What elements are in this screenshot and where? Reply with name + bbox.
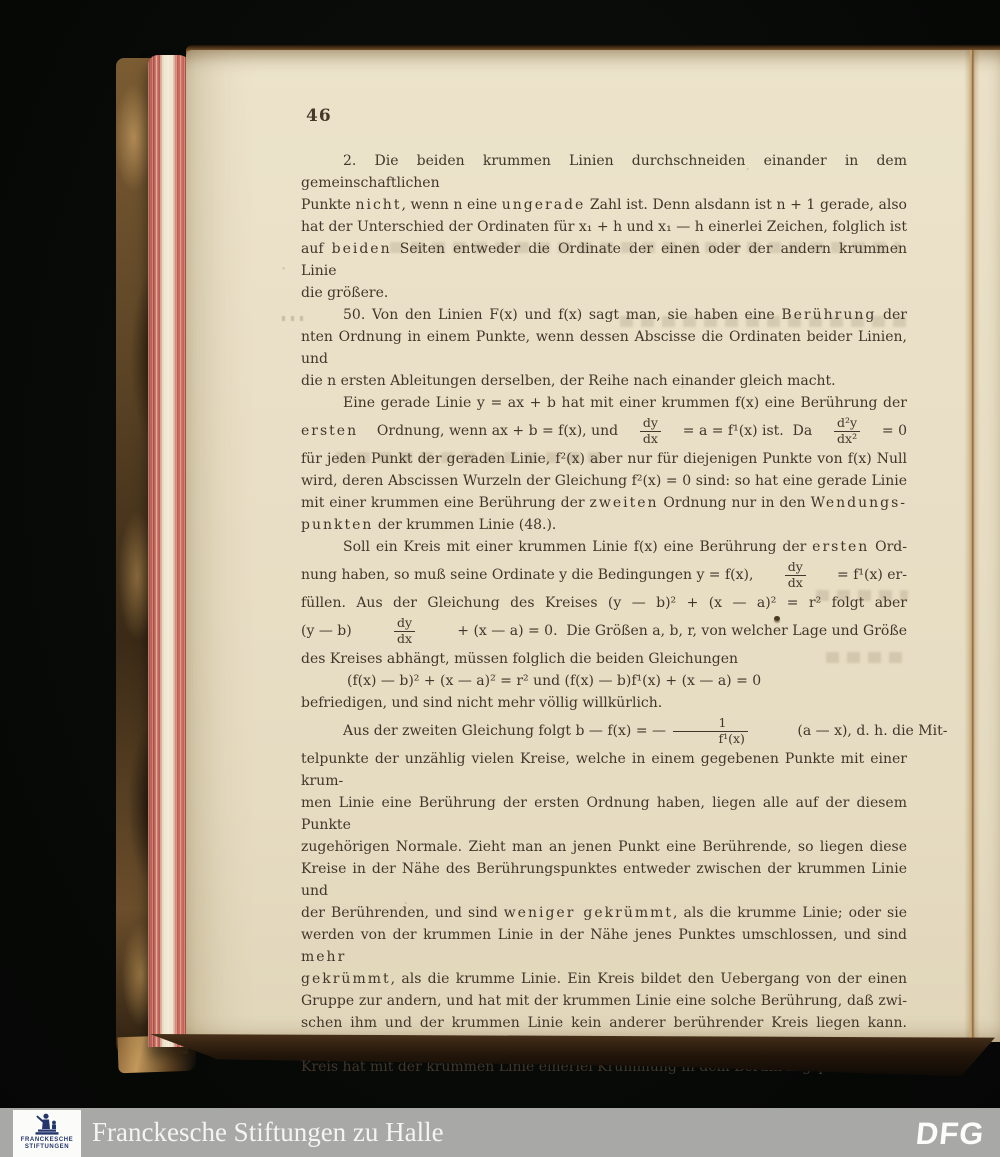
footer-bar: FRANCKESCHE STIFTUNGEN Franckesche Stift… xyxy=(0,1108,1000,1157)
text-line: füllen. Aus der Gleichung des Kreises (y… xyxy=(301,592,907,614)
text-line: Eine gerade Linie y = ax + b hat mit ein… xyxy=(301,392,907,414)
fraction: d²ydx² xyxy=(834,416,860,446)
monument-icon xyxy=(27,1113,67,1137)
text-line: werden von der krummen Linie in der Nähe… xyxy=(301,924,907,968)
fraction: dydx xyxy=(394,616,415,646)
text-line: Aus der zweiten Gleichung folgt b — f(x)… xyxy=(301,714,907,748)
text-line: wird, deren Abscissen Wurzeln der Gleich… xyxy=(301,470,907,492)
fraction: dydx xyxy=(785,560,806,590)
emphasized-text: mehr xyxy=(301,949,346,965)
fraction: dydx xyxy=(640,416,661,446)
logo-wordmark-line2: STIFTUNGEN xyxy=(25,1144,69,1151)
text-line: mit einer krummen eine Berührung der zwe… xyxy=(301,492,907,514)
fraction: 1f¹(x) xyxy=(673,716,747,746)
emphasized-text: ungerade xyxy=(502,197,586,213)
emphasized-text: weniger gekrümmt xyxy=(504,905,673,921)
emphasized-text: zweiten xyxy=(589,495,658,511)
text-line: Punkte nicht, wenn n eine ungerade Zahl … xyxy=(301,194,907,216)
emphasized-text: ersten xyxy=(812,539,869,555)
text-line: Soll ein Kreis mit einer krummen Linie f… xyxy=(301,536,907,558)
text-line: men Linie eine Berührung der ersten Ordn… xyxy=(301,792,907,836)
franckesche-logo: FRANCKESCHE STIFTUNGEN xyxy=(13,1110,81,1157)
emphasized-text: beiden xyxy=(332,241,392,257)
logo-wordmark-line1: FRANCKESCHE xyxy=(21,1137,74,1144)
emphasized-text: ersten xyxy=(301,420,358,442)
text-line: auf beiden Seiten entweder die Ordinate … xyxy=(301,238,907,282)
page-number: 46 xyxy=(306,106,332,126)
text-line: 50. Von den Linien F(x) und f(x) sagt ma… xyxy=(301,304,907,326)
emphasized-text: gekrümmt xyxy=(301,971,391,987)
text-line: Kreise in der Nähe des Berührungspunktes… xyxy=(301,858,907,902)
text-line: gekrümmt, als die krumme Linie. Ein Krei… xyxy=(301,968,907,990)
text-line: ersten Ordnung, wenn ax + b = f(x), und … xyxy=(301,414,907,448)
text-line: (f(x) — b)² + (x — a)² = r² und (f(x) — … xyxy=(301,670,907,692)
dfg-logo: DFG xyxy=(914,1116,986,1152)
text-line: 2. Die beiden krummen Linien durchschnei… xyxy=(301,150,907,194)
footer-institution-title: Franckesche Stiftungen zu Halle xyxy=(92,1117,444,1148)
text-line: (y — b) dydx + (x — a) = 0. Die Größen a… xyxy=(301,614,907,648)
text-line: punkten der krummen Linie (48.). xyxy=(301,514,907,536)
text-line: telpunkte der unzählig vielen Kreise, we… xyxy=(301,748,907,792)
page-gutter xyxy=(964,50,980,1042)
text-line: des Kreises abhängt, müssen folglich die… xyxy=(301,648,907,670)
text-column: 2. Die beiden krummen Linien durchschnei… xyxy=(301,150,907,1078)
emphasized-text: nicht xyxy=(355,197,401,213)
text-line: nung haben, so muß seine Ordinate y die … xyxy=(301,558,907,592)
emphasized-text: Wendungs- xyxy=(811,495,907,511)
text-line: hat der Unterschied der Ordinaten für x₁… xyxy=(301,216,907,238)
emphasized-text: punkten xyxy=(301,517,373,533)
text-line: die größere. xyxy=(301,282,907,304)
text-line: der Berührenden, und sind weniger gekrüm… xyxy=(301,902,907,924)
text-line: zugehörigen Normale. Zieht man an jenen … xyxy=(301,836,907,858)
text-line: befriedigen, und sind nicht mehr völlig … xyxy=(301,692,907,714)
text-line: die n ersten Ableitungen derselben, der … xyxy=(301,370,907,392)
scan-background: 46 2. Die beiden krummen Linien durchsch… xyxy=(0,0,1000,1157)
emphasized-text: Berührung xyxy=(781,307,876,323)
text-line: Gruppe zur andern, und hat mit der krumm… xyxy=(301,990,907,1012)
text-line: für jeden Punkt der geraden Linie, f²(x)… xyxy=(301,448,907,470)
text-line: nten Ordnung in einem Punkte, wenn desse… xyxy=(301,326,907,370)
